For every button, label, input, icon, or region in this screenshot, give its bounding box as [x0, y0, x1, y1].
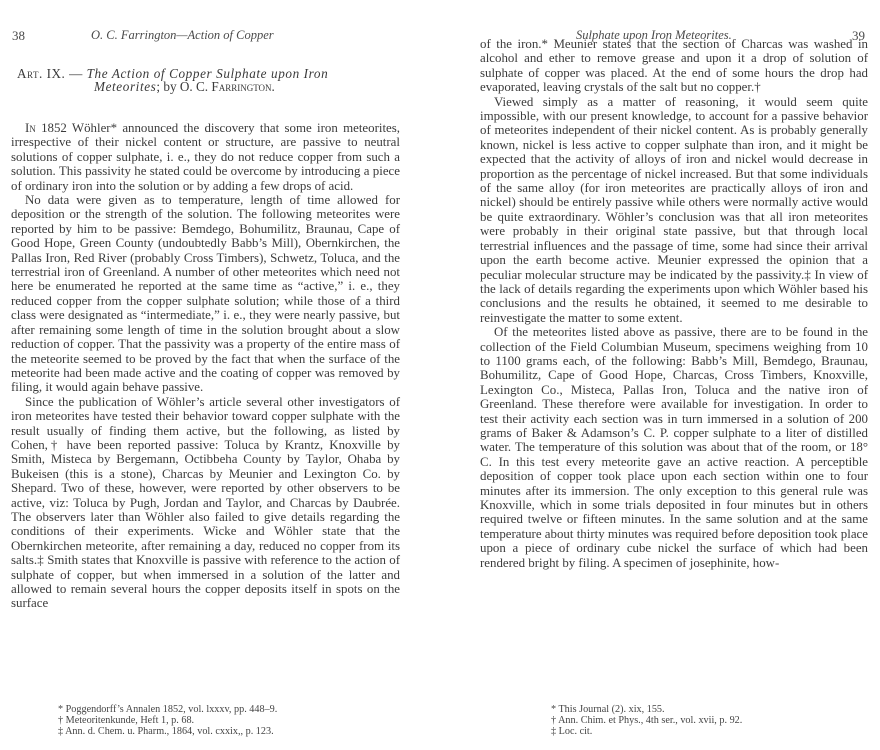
- page-number: 38: [12, 28, 25, 44]
- right-page: Sulphate upon Iron Meteorites. 39 of the…: [440, 0, 880, 750]
- left-page: 38 O. C. Farrington—Action of Copper Art…: [0, 0, 440, 750]
- article-title-line-2: Meteorites: [94, 79, 156, 94]
- article-author: O. C. Farrington.: [180, 79, 275, 94]
- paragraph: Viewed simply as a matter of reasoning, …: [480, 95, 868, 326]
- paragraph: of the iron.* Meunier states that the se…: [480, 37, 868, 95]
- footnote: * This Journal (2). xix, 155.: [551, 704, 742, 715]
- article-label: Art. IX. —: [17, 66, 87, 81]
- footnote: † Ann. Chim. et Phys., 4th ser., vol. xv…: [551, 715, 742, 726]
- footnote: † Meteoritenkunde, Heft 1, p. 68.: [58, 715, 277, 726]
- footnotes: * This Journal (2). xix, 155. † Ann. Chi…: [551, 704, 742, 738]
- body-text: In 1852 Wöhler* announced the discovery …: [11, 121, 400, 611]
- article-title: Art. IX. — The Action of Copper Sulphate…: [17, 67, 407, 93]
- paragraph: Since the publication of Wöhler’s articl…: [11, 395, 400, 611]
- byline-separator: ; by: [156, 79, 179, 94]
- footnote: ‡ Loc. cit.: [551, 726, 742, 737]
- drop-lead: In: [25, 121, 36, 135]
- paragraph: In 1852 Wöhler* announced the discovery …: [11, 121, 400, 193]
- running-head: O. C. Farrington—Action of Copper: [91, 28, 274, 43]
- paragraph: Of the meteorites listed above as passiv…: [480, 325, 868, 570]
- body-text: of the iron.* Meunier states that the se…: [480, 37, 868, 570]
- paragraph: No data were given as to temperature, le…: [11, 193, 400, 395]
- footnote: ‡ Ann. d. Chem. u. Pharm., 1864, vol. cx…: [58, 726, 277, 737]
- footnotes: * Poggendorff’s Annalen 1852, vol. lxxxv…: [58, 704, 277, 738]
- footnote: * Poggendorff’s Annalen 1852, vol. lxxxv…: [58, 704, 277, 715]
